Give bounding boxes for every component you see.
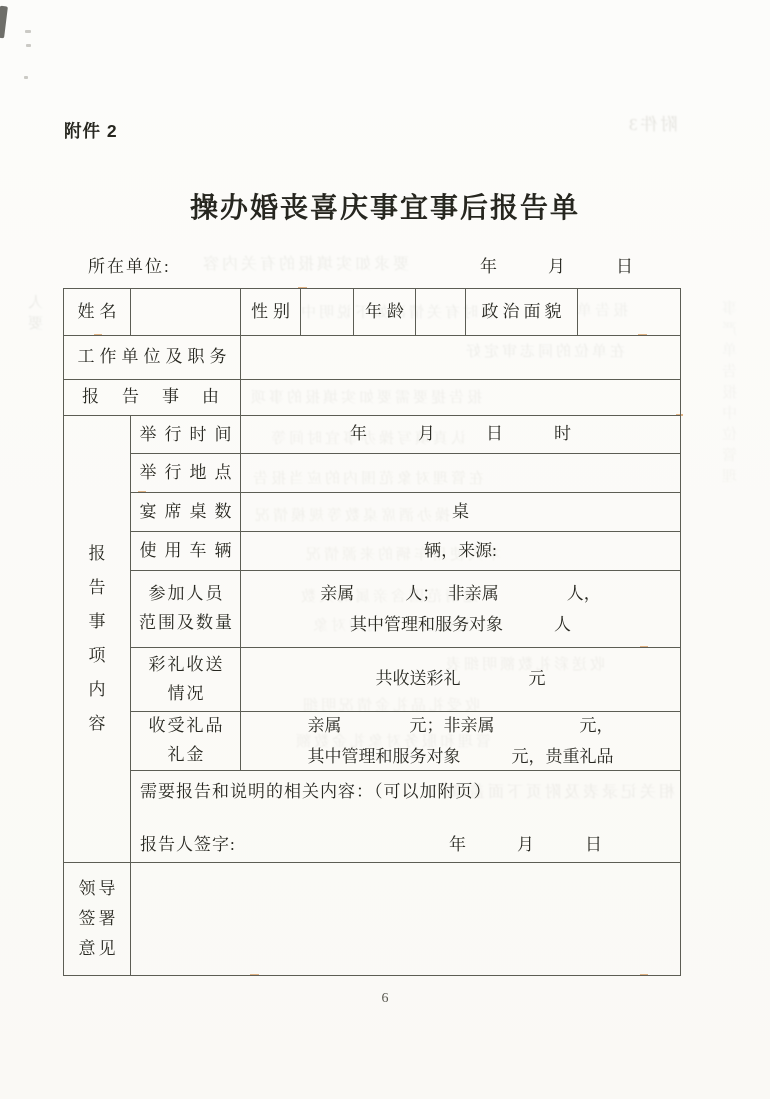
scan-speck: [25, 30, 31, 33]
bleedthrough-text: 要求如实填报的有关内容: [200, 251, 409, 274]
unit-label: 所在单位:: [88, 252, 171, 277]
banquet-tables-value-cell: 桌: [241, 493, 681, 532]
name-label: 姓名: [64, 289, 131, 336]
report-form-table: 姓名 性别 年龄 政治面貌 工作单位及职务 报 告 事 由 报 告 事 项 内 …: [63, 288, 681, 976]
political-status-label: 政治面貌: [466, 289, 578, 336]
report-items-section-label: 报 告 事 项 内 容: [64, 416, 131, 863]
attachment-label: 附件 2: [64, 118, 118, 143]
age-value-cell: [416, 289, 466, 336]
event-time-label: 举行时间: [131, 416, 241, 454]
participants-label: 参加人员 范围及数量: [131, 571, 241, 648]
report-reason-value-cell: [241, 380, 681, 416]
leader-opinion-label: 领导 签署 意见: [64, 863, 131, 976]
banquet-tables-label: 宴席桌数: [131, 493, 241, 532]
bleedthrough-text: 人要: [26, 294, 47, 350]
work-unit-value-cell: [241, 336, 681, 380]
event-place-label: 举行地点: [131, 454, 241, 493]
event-place-value-cell: [241, 454, 681, 493]
political-status-value-cell: [578, 289, 681, 336]
gifts-received-value-cell: 亲属 元；非亲属 元， 其中管理和服务对象 元，贵重礼品: [241, 712, 681, 771]
scanned-document-page: 附件3 要求如实填报的有关内容 人要 届时有关情况如下说明中 报告单 在单位的同…: [0, 0, 770, 1099]
vehicles-value-cell: 辆，来源:: [241, 532, 681, 571]
bleedthrough-text: 事严单告报中位管理: [720, 300, 741, 770]
gifts-received-label: 收受礼品 礼金: [131, 712, 241, 771]
reporter-signature-label: 报告人签字:: [140, 831, 236, 859]
gender-label: 性别: [241, 289, 301, 336]
notes-and-signature-cell: 需要报告和说明的相关内容：（可以加附页） 报告人签字: 年 月 日: [131, 771, 681, 863]
page-title: 操办婚丧喜庆事宜事后报告单: [0, 186, 770, 226]
betrothal-gifts-label: 彩礼收送 情况: [131, 648, 241, 712]
gender-value-cell: [301, 289, 354, 336]
report-reason-label: 报 告 事 由: [64, 380, 241, 416]
signature-date-line: 年 月 日: [449, 831, 602, 859]
scan-speck: [24, 76, 28, 79]
notes-label: 需要报告和说明的相关内容：（可以加附页）: [140, 778, 492, 806]
scan-artifact-corner: [0, 6, 8, 39]
bleedthrough-text: 附件3: [626, 110, 678, 135]
event-time-value-cell: 年 月 日 时: [241, 416, 681, 454]
leader-opinion-value-cell: [131, 863, 681, 976]
header-date-line: 年 月 日: [480, 252, 633, 277]
scan-speck: [26, 44, 31, 47]
betrothal-gifts-value-cell: 共收送彩礼 元: [241, 648, 681, 712]
work-unit-label: 工作单位及职务: [64, 336, 241, 380]
participants-value-cell: 亲属 人； 非亲属 人， 其中管理和服务对象 人: [241, 571, 681, 648]
page-number: 6: [0, 991, 770, 1007]
age-label: 年龄: [354, 289, 416, 336]
vehicles-label: 使用车辆: [131, 532, 241, 571]
name-value-cell: [131, 289, 241, 336]
